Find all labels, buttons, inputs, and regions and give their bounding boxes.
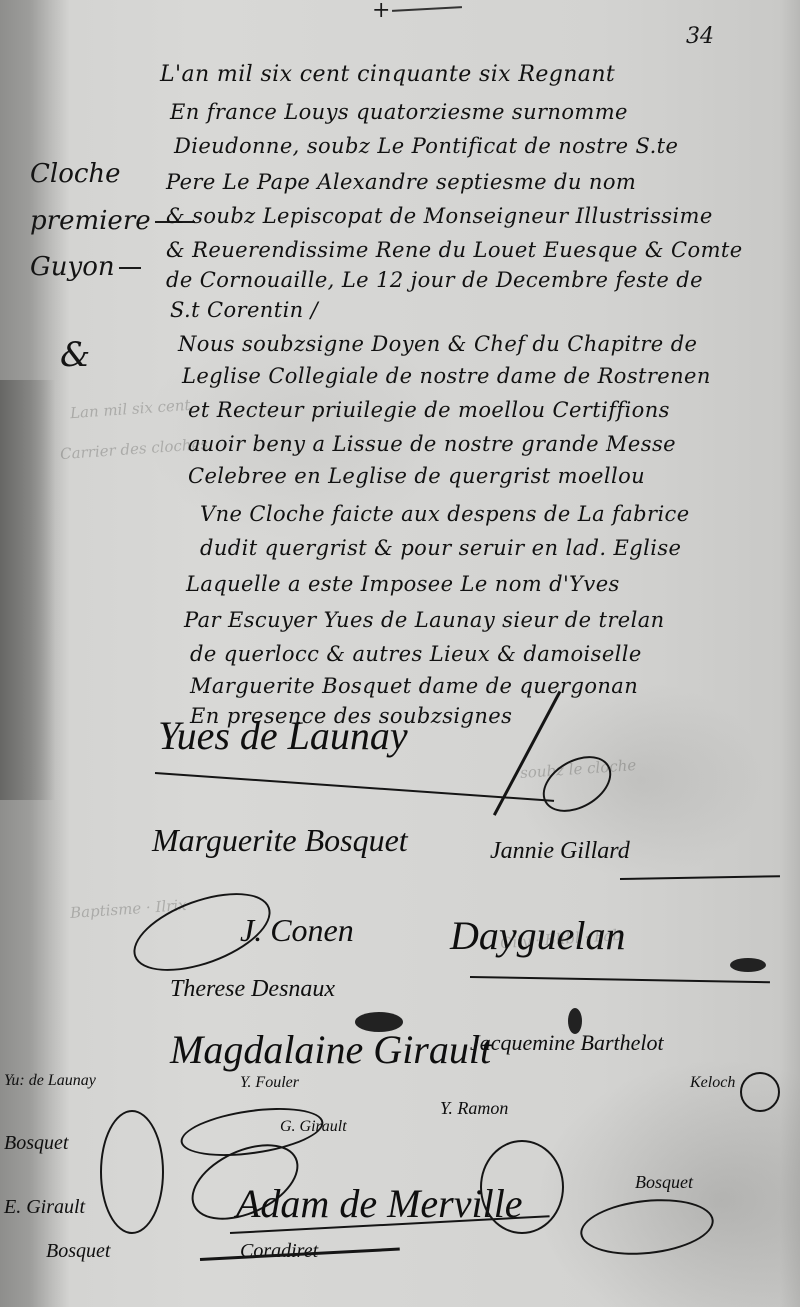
signature: Keloch: [690, 1074, 735, 1092]
ink-blot: [730, 958, 766, 972]
signature: Therese Desnaux: [170, 976, 335, 1003]
signature: Magdalaine Girault: [170, 1026, 491, 1073]
signature: Jacquemine Barthelot: [470, 1030, 664, 1056]
signature: Dayguelan: [450, 912, 626, 959]
signature-paraph: [100, 1110, 164, 1234]
signature: Jannie Gillard: [490, 838, 630, 865]
signatures-block: Yues de Launay Marguerite Bosquet Jannie…: [0, 0, 800, 1307]
signature-paraph: [740, 1072, 780, 1112]
signature: Bosquet: [4, 1132, 68, 1155]
signature-underline: [620, 875, 780, 880]
signature-underline: [470, 976, 770, 983]
signature-underline: [155, 772, 554, 802]
signature: Y. Fouler: [240, 1074, 299, 1092]
signature-paraph: [578, 1193, 717, 1261]
signature-paraph: [480, 1140, 564, 1234]
signature: Yues de Launay: [158, 712, 408, 759]
signature: Marguerite Bosquet: [152, 822, 408, 859]
signature: Y. Ramon: [440, 1098, 508, 1119]
signature: G. Girault: [280, 1118, 347, 1136]
signature: Bosquet: [46, 1240, 110, 1263]
signature: Bosquet: [635, 1172, 693, 1193]
signature-paraph: [533, 745, 621, 824]
manuscript-page: Lan mil six cent Carrier des cloches Bap…: [0, 0, 800, 1307]
signature: E. Girault: [4, 1196, 85, 1219]
signature: Yu: de Launay: [4, 1072, 96, 1090]
signature: J. Conen: [240, 912, 354, 949]
